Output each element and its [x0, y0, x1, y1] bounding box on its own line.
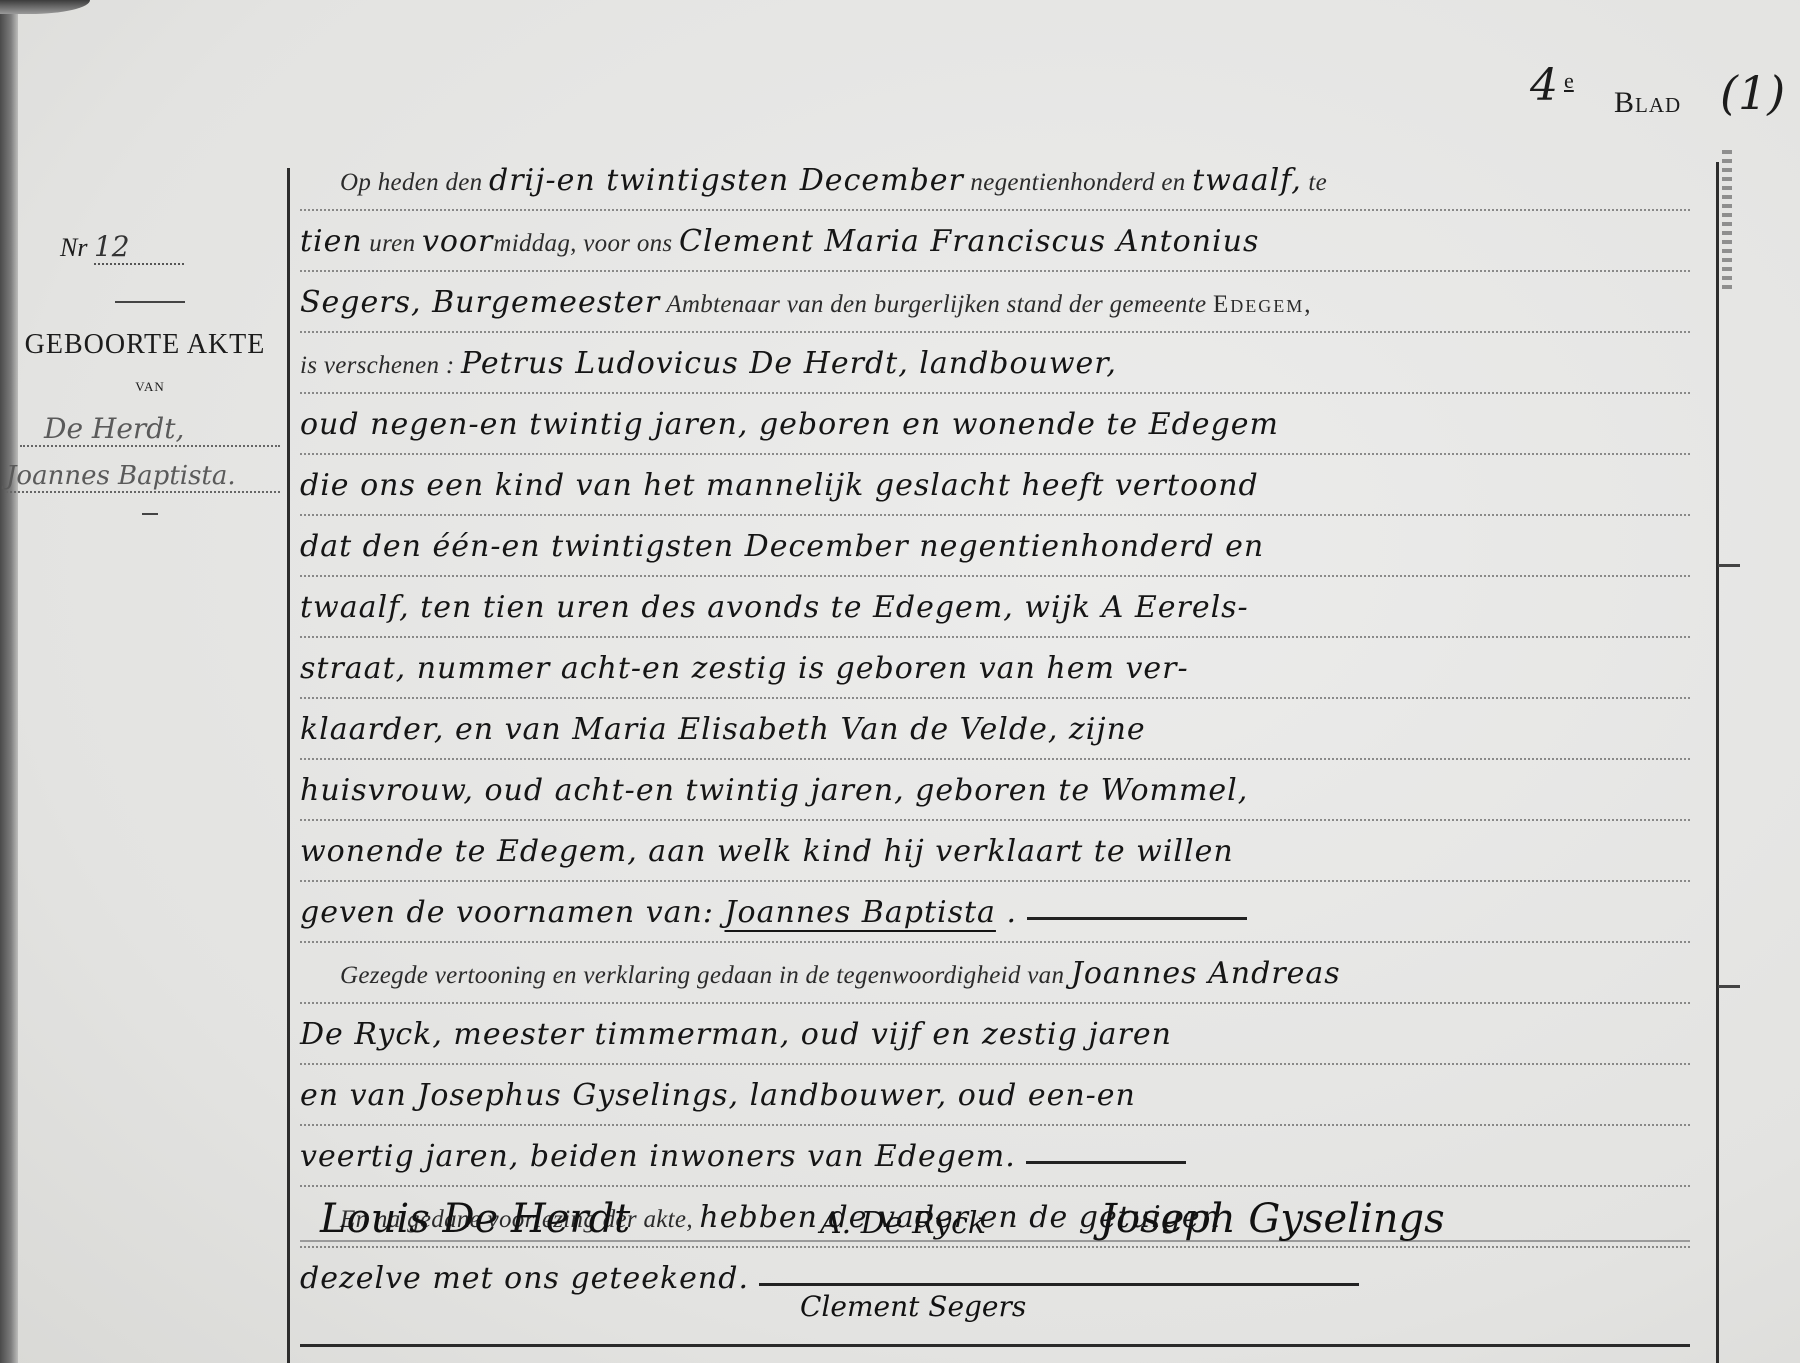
record-number-label: Nr [60, 233, 87, 262]
line-fill-rule [759, 1283, 1359, 1286]
handwritten-text: straat, nummer acht-en zestig is geboren… [300, 651, 1189, 686]
van-label: van [20, 375, 280, 396]
printed-text: Ambtenaar van den burgerlijken stand der… [660, 291, 1213, 318]
handwritten-text: die ons een kind van het mannelijk gesla… [300, 468, 1259, 503]
record-line-8: twaalf, ten tien uren des avonds te Edeg… [300, 577, 1690, 638]
handwritten-text: twaalf, ten tien uren des avonds te Edeg… [300, 590, 1249, 625]
printed-text: uren [363, 230, 422, 257]
margin-column: Nr 12 GEBOORTE AKTE van De Herdt, Joanne… [20, 230, 280, 515]
record-line-9: straat, nummer acht-en zestig is geboren… [300, 638, 1690, 699]
record-line-2: tien uren voormiddag, voor ons Clement M… [300, 211, 1690, 272]
book-binding-edge [0, 0, 18, 1363]
printed-text: Gezegde vertooning en verklaring gedaan … [300, 962, 1071, 989]
sheet-number: 4 [1530, 60, 1558, 111]
register-page: 4 e Blad (1) Nr 12 GEBOORTE AKTE van De … [0, 0, 1800, 1363]
signature-registrar: Clement Segers [800, 1290, 1026, 1323]
record-line-17: veertig jaren, beiden inwoners van Edege… [300, 1126, 1690, 1187]
handwritten-text: veertig jaren, beiden inwoners van Edege… [300, 1139, 1016, 1174]
record-line-3: Segers, Burgemeester Ambtenaar van den b… [300, 272, 1690, 333]
margin-surname: De Herdt, [20, 412, 280, 447]
signature-witness-2: Joseph Gyselings [1100, 1196, 1445, 1242]
record-number-value: 12 [94, 230, 184, 265]
printed-text: Op heden den [300, 169, 489, 196]
handwritten-text: wonende te Edegem, aan welk kind hij ver… [300, 834, 1234, 869]
handwritten-text: klaarder, en van Maria Elisabeth Van de … [300, 712, 1146, 747]
sheet-label: Blad [1614, 86, 1681, 120]
line-fill-rule [1027, 917, 1247, 920]
record-line-13: geven de voornamen van: Joannes Baptista… [300, 882, 1690, 943]
margin-divider [115, 301, 185, 303]
record-line-12: wonende te Edegem, aan welk kind hij ver… [300, 821, 1690, 882]
handwritten-text: huisvrouw, oud acht-en twintig jaren, ge… [300, 773, 1248, 808]
handwritten-text: oud negen-en twintig jaren, geboren en w… [300, 407, 1279, 442]
record-body: Op heden den drij-en twintigsten Decembe… [300, 150, 1690, 1309]
printed-text: middag, voor ons [493, 230, 679, 257]
handwritten-date: drij-en twintigsten December [489, 163, 964, 198]
document-title: GEBOORTE AKTE [10, 329, 280, 361]
sheet-number-suffix: e [1564, 68, 1574, 94]
handwritten-text: dat den één-en twintigsten December nege… [300, 529, 1264, 564]
record-line-5: oud negen-en twintig jaren, geboren en w… [300, 394, 1690, 455]
record-line-1: Op heden den drij-en twintigsten Decembe… [300, 150, 1690, 211]
page-curl [0, 0, 90, 14]
signature-witness-1: A. De Ryck [820, 1206, 986, 1241]
record-line-15: De Ryck, meester timmerman, oud vijf en … [300, 1004, 1690, 1065]
record-line-16: en van Josephus Gyselings, landbouwer, o… [300, 1065, 1690, 1126]
record-number: Nr 12 [60, 230, 280, 265]
handwritten-time-of-day: voor [422, 224, 493, 259]
printed-text: te [1302, 169, 1327, 196]
handwritten-text: De Ryck, meester timmerman, oud vijf en … [300, 1017, 1172, 1052]
handwritten-witness-1: Joannes Andreas [1071, 956, 1341, 991]
record-line-10: klaarder, en van Maria Elisabeth Van de … [300, 699, 1690, 760]
margin-tick [1718, 564, 1740, 567]
margin-end-dash [142, 513, 158, 515]
handwritten-official-name: Clement Maria Franciscus Antonius [679, 224, 1259, 259]
record-bottom-rule [300, 1344, 1690, 1347]
handwritten-year: twaalf, [1192, 163, 1302, 198]
margin-given-names: Joannes Baptista. [6, 461, 280, 493]
record-line-7: dat den één-en twintigsten December nege… [300, 516, 1690, 577]
handwritten-hour: tien [300, 224, 363, 259]
left-column-border [287, 168, 290, 1363]
record-line-11: huisvrouw, oud acht-en twintig jaren, ge… [300, 760, 1690, 821]
handwritten-text: geven de voornamen van: [300, 895, 725, 930]
handwritten-text: . [996, 895, 1017, 930]
printed-text: is verschenen : [300, 352, 461, 379]
record-line-6: die ons een kind van het mannelijk gesla… [300, 455, 1690, 516]
signature-father: Louis De Herdt [320, 1196, 630, 1242]
printed-text: negentienhonderd en [964, 169, 1192, 196]
municipality-name: Edegem, [1213, 291, 1313, 318]
handwritten-official-title: Segers, Burgemeester [300, 285, 660, 320]
child-given-names: Joannes Baptista [725, 895, 996, 930]
margin-stain [1722, 150, 1732, 290]
signature-area: Louis De Herdt A. De Ryck Joseph Gyselin… [320, 1198, 1680, 1268]
record-line-4: is verschenen : Petrus Ludovicus De Herd… [300, 333, 1690, 394]
corner-annotation: (1) [1720, 66, 1785, 120]
margin-tick [1718, 985, 1740, 988]
right-column-border [1716, 162, 1719, 1363]
record-line-14: Gezegde vertooning en verklaring gedaan … [300, 943, 1690, 1004]
handwritten-declarant: Petrus Ludovicus De Herdt, landbouwer, [461, 346, 1117, 381]
line-fill-rule [1026, 1161, 1186, 1164]
handwritten-witness-2: en van Josephus Gyselings, landbouwer, o… [300, 1078, 1136, 1113]
